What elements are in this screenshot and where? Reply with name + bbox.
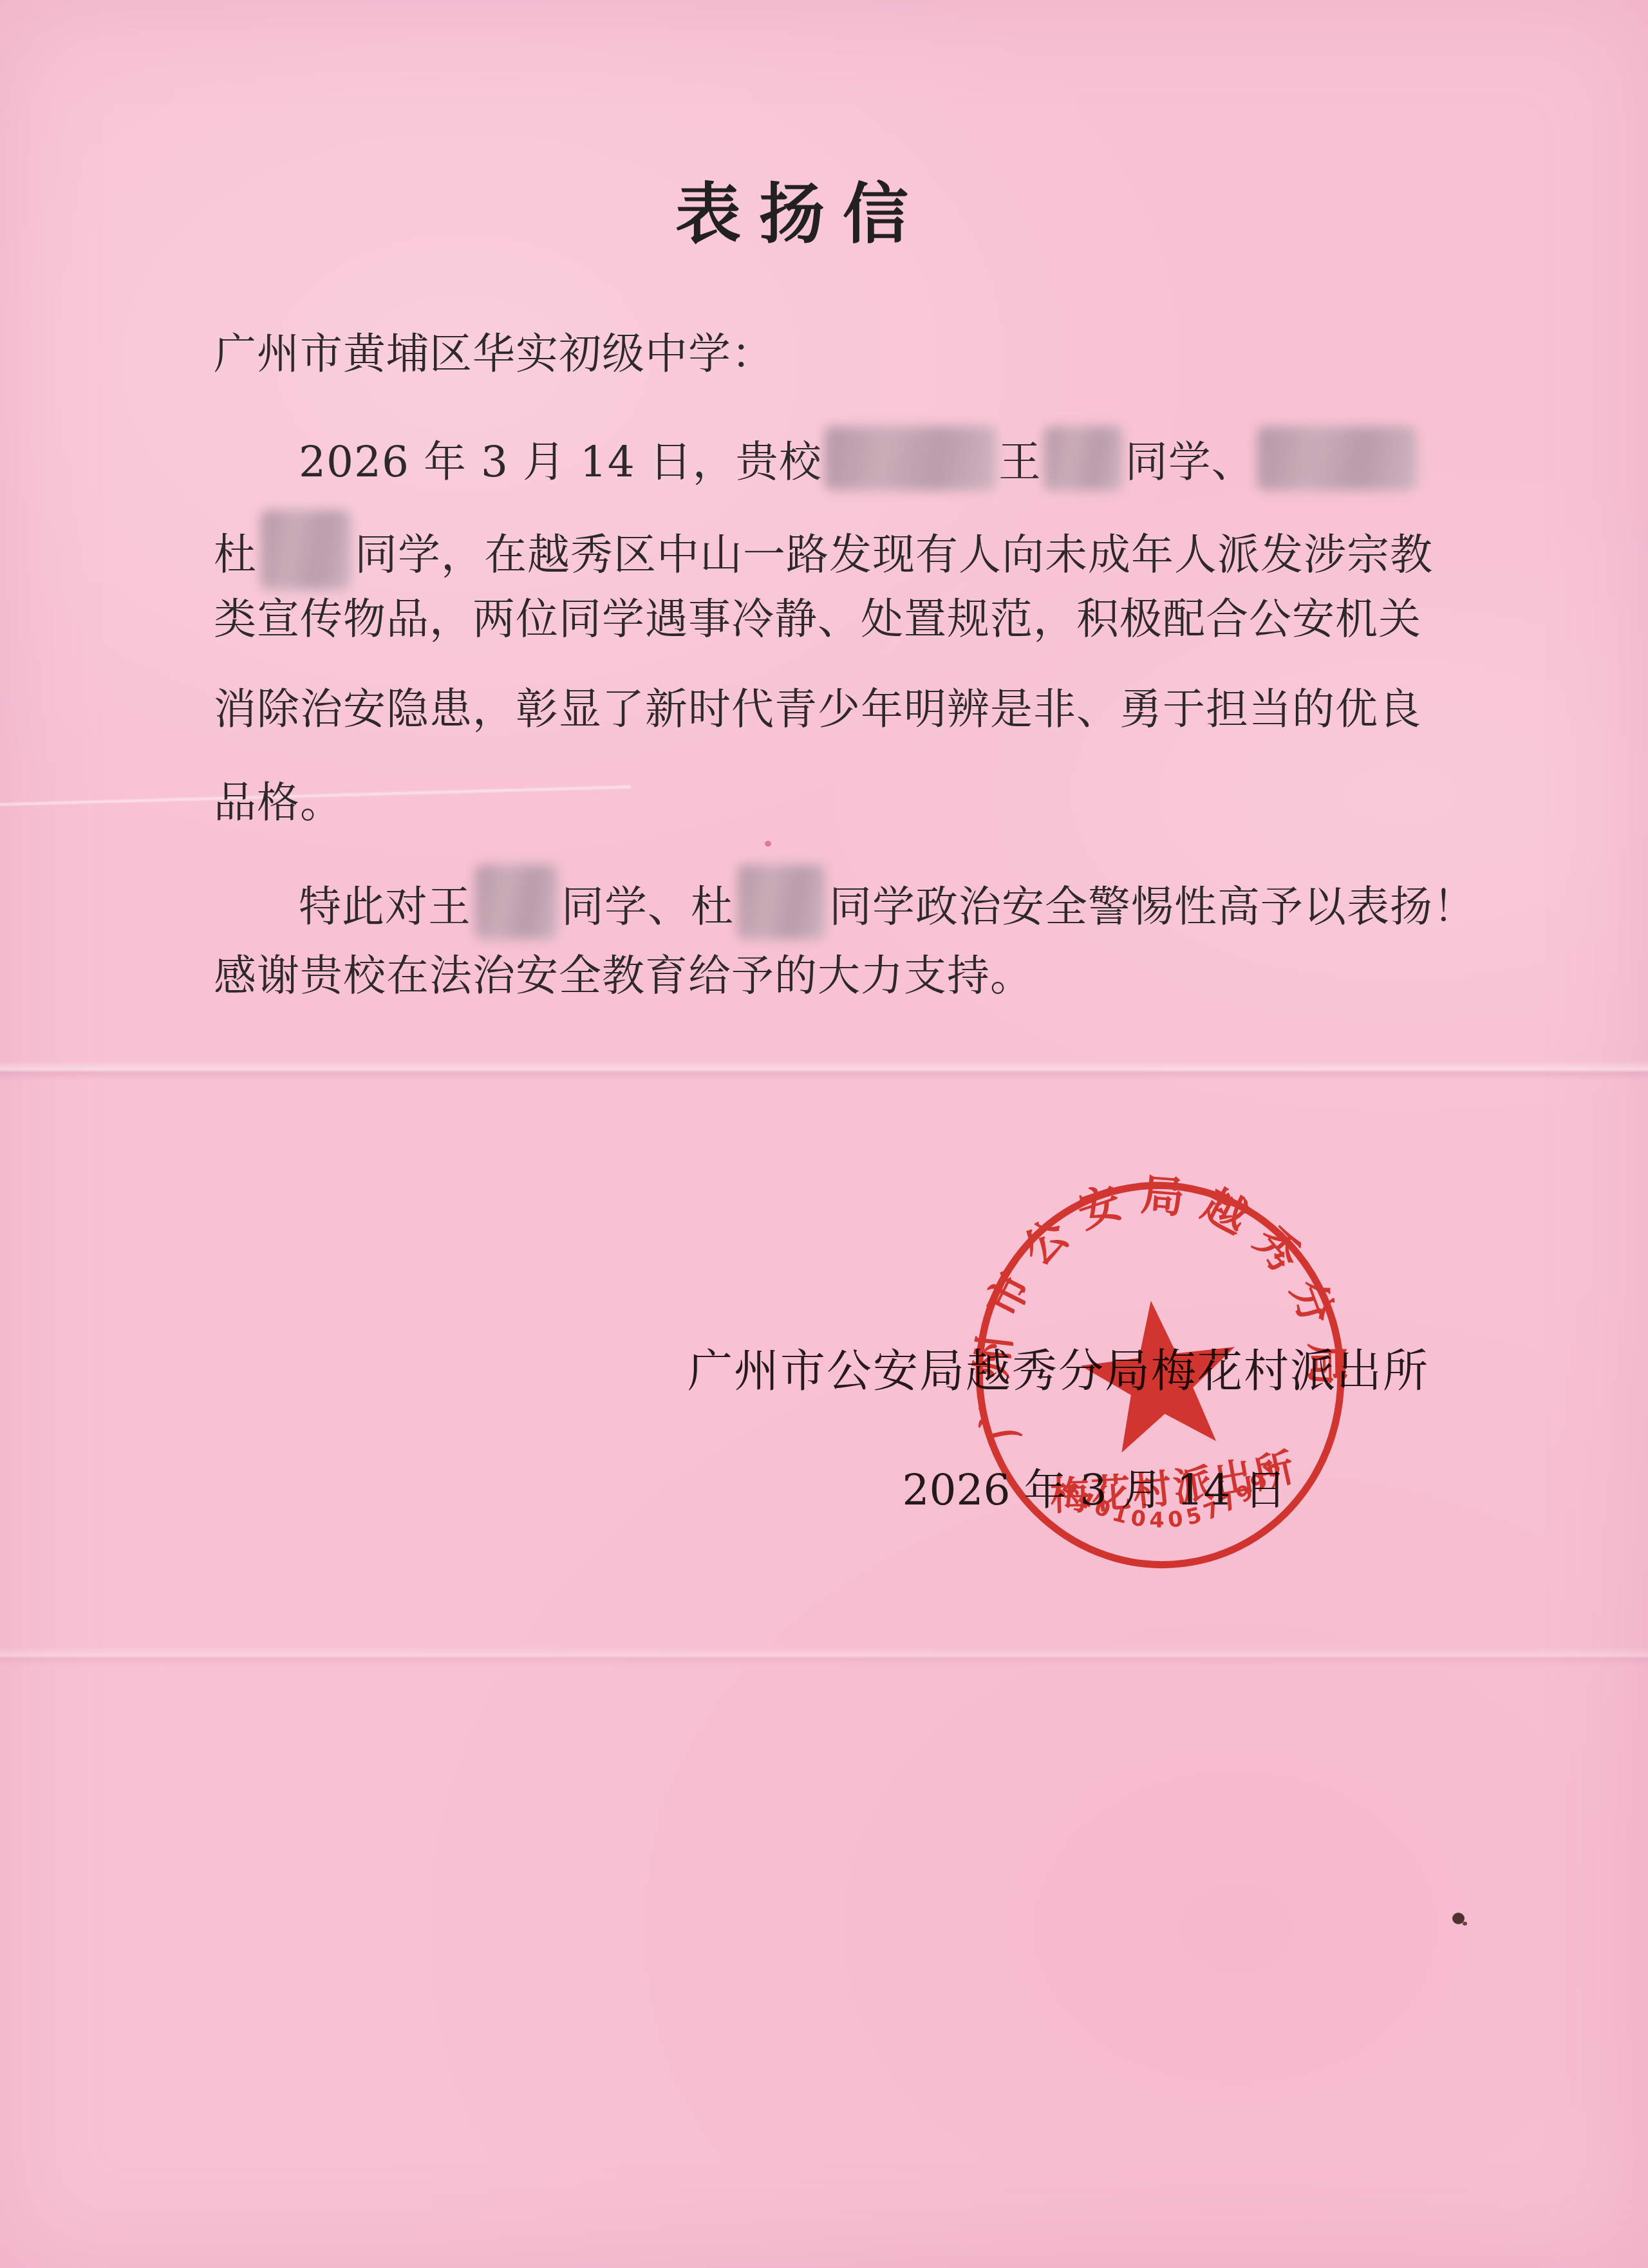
body-line-2: 杜同学，在越秀区中山一路发现有人向未成年人派发涉宗教 (214, 510, 1433, 590)
scanned-letter-page: 表扬信 广州市黄埔区华实初级中学： 2026 年 3 月 14 日，贵校王同学、… (0, 0, 1648, 2268)
body-text-run: 特此对王 (299, 882, 471, 932)
redacted-name-box (1257, 426, 1417, 491)
redacted-name-box (261, 510, 351, 590)
salutation-line: 广州市黄埔区华实初级中学： (214, 333, 774, 375)
body-line-7: 感谢贵校在法治安全教育给予的大力支持。 (214, 955, 1033, 997)
body-text-run: 杜 (214, 530, 257, 579)
body-line-6: 特此对王同学、杜同学政治安全警惕性高予以表扬！ (214, 865, 1476, 939)
signature-line: 广州市公安局越秀分局梅花村派出所 (688, 1349, 1429, 1394)
date-line: 2026 年 3 月 14 日 (903, 1469, 1287, 1512)
paper-fold-crease-upper (0, 1061, 1648, 1080)
body-line-5: 品格。 (214, 782, 343, 824)
body-text-run: 同学，在越秀区中山一路发现有人向未成年人派发涉宗教 (355, 530, 1433, 579)
body-text-run: 同学、 (1125, 437, 1255, 487)
body-text-run: 消除治安隐患，彰显了新时代青少年明辨是非、勇于担当的优良 (214, 684, 1421, 734)
body-line-1: 2026 年 3 月 14 日，贵校王同学、 (214, 426, 1419, 491)
paper-fold-crease-lower (0, 1647, 1648, 1666)
signature-text: 广州市公安局越秀分局梅花村派出所 (688, 1345, 1429, 1398)
redacted-name-box (825, 426, 996, 491)
letter-title: 表扬信 (675, 162, 926, 256)
redacted-name-box (1044, 426, 1123, 491)
body-text-run: 感谢贵校在法治安全教育给予的大力支持。 (214, 951, 1033, 1000)
body-text-run: 2026 年 3 月 14 日，贵校 (299, 437, 822, 487)
salutation-text: 广州市黄埔区华实初级中学： (214, 329, 774, 379)
body-text-run: 王 (998, 437, 1042, 487)
date-text: 2026 年 3 月 14 日 (903, 1465, 1287, 1515)
paper-speck-dark (1452, 1913, 1465, 1924)
redacted-name-box (738, 865, 825, 939)
body-text-run: 同学政治安全警惕性高予以表扬！ (829, 882, 1476, 932)
redacted-name-box (475, 865, 557, 939)
paper-speck-red (765, 841, 771, 847)
body-text-run: 同学、杜 (561, 882, 734, 932)
body-text-run: 品格。 (214, 778, 343, 827)
body-text-run: 类宣传物品，两位同学遇事冷静、处置规范，积极配合公安机关 (214, 594, 1421, 644)
body-line-3: 类宣传物品，两位同学遇事冷静、处置规范，积极配合公安机关 (214, 598, 1421, 641)
body-line-4: 消除治安隐患，彰显了新时代青少年明辨是非、勇于担当的优良 (214, 688, 1421, 731)
